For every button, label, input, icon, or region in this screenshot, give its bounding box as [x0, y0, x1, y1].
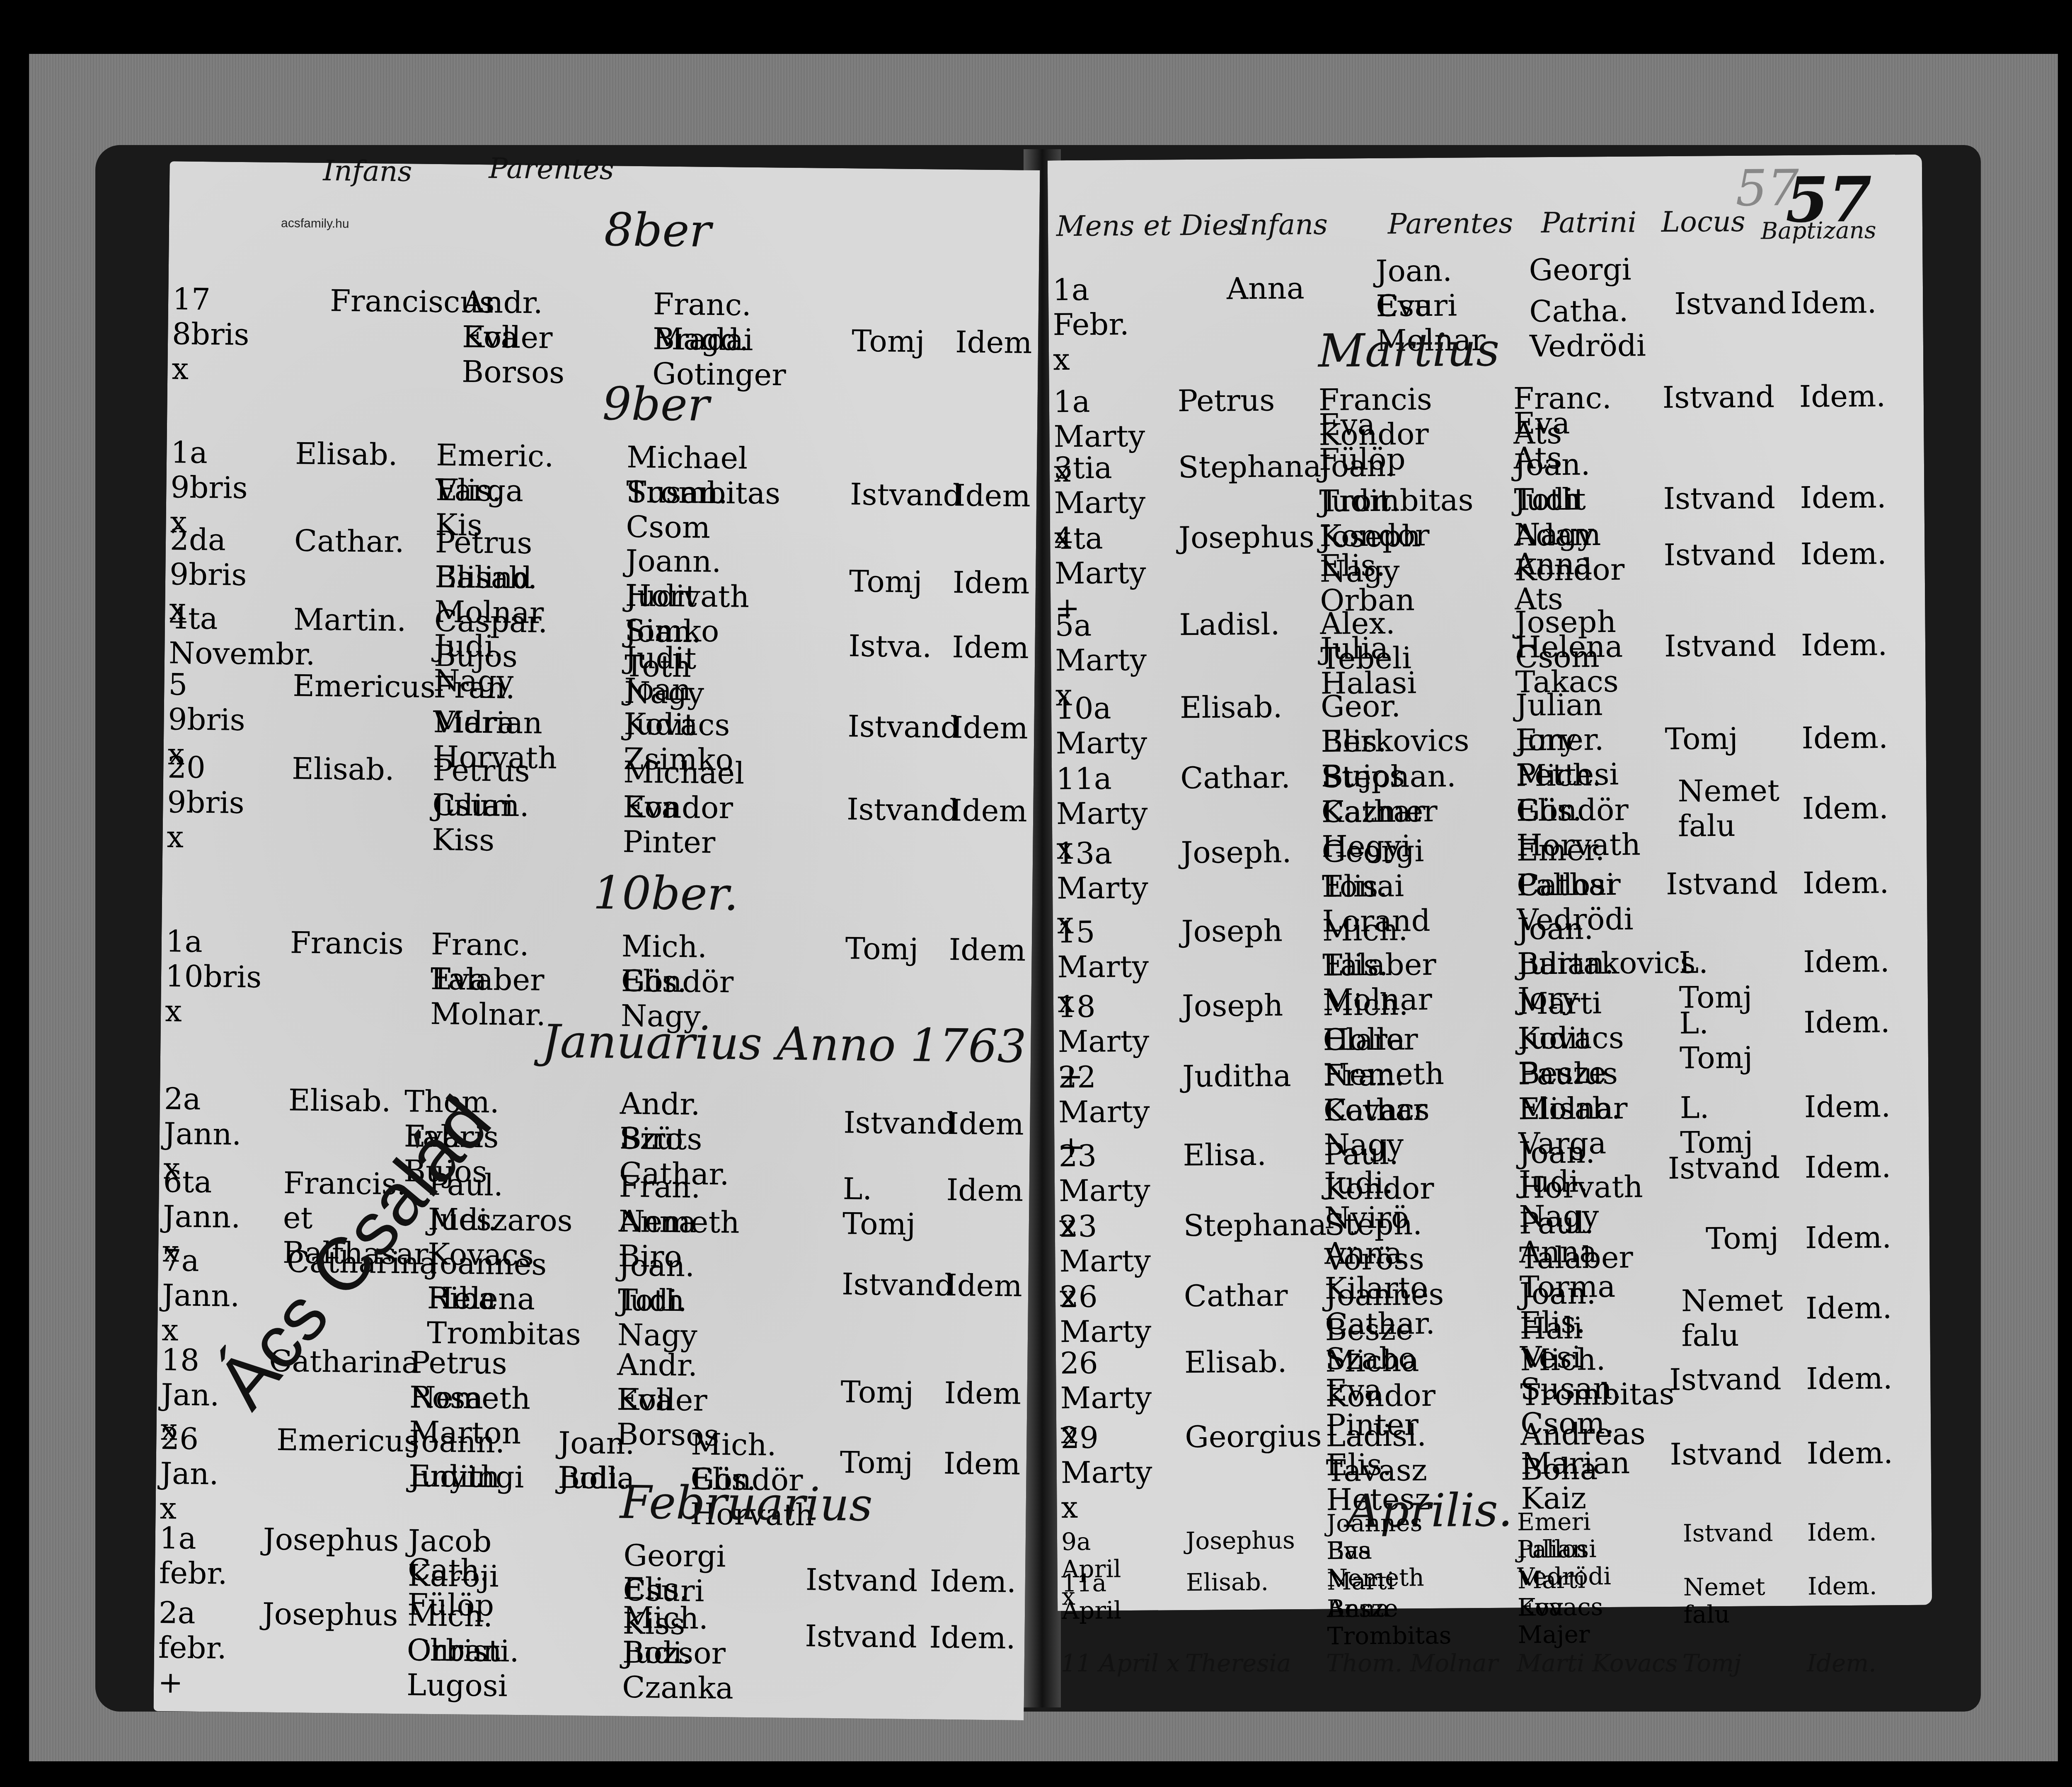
month-heading: Januarius Anno 1763 — [542, 1015, 1027, 1073]
header-baptizans: Baptizans — [1761, 217, 1876, 245]
month-heading: 10ber. — [593, 866, 739, 921]
header-infans: Infans — [323, 155, 412, 188]
left-page: Infans Parentes acsfamily.hu 8ber 17 8br… — [153, 161, 1040, 1720]
month-heading: Martius — [1318, 323, 1500, 378]
header-date: Mens et Dies — [1056, 209, 1243, 243]
header-infans: Infans — [1239, 208, 1328, 242]
header-parentes: Parentes — [1388, 207, 1513, 241]
header-locus: Locus — [1661, 206, 1745, 239]
right-page: 57 57 Mens et Dies Infans Parentes Patri… — [1048, 155, 1932, 1611]
header-parentes: Parentes — [489, 152, 614, 186]
month-heading: 9ber — [602, 377, 709, 431]
month-heading: 8ber — [604, 203, 711, 257]
header-patrini: Patrini — [1541, 206, 1637, 240]
month-heading: Februarius — [620, 1476, 873, 1531]
watermark-site: acsfamily.hu — [281, 216, 349, 231]
